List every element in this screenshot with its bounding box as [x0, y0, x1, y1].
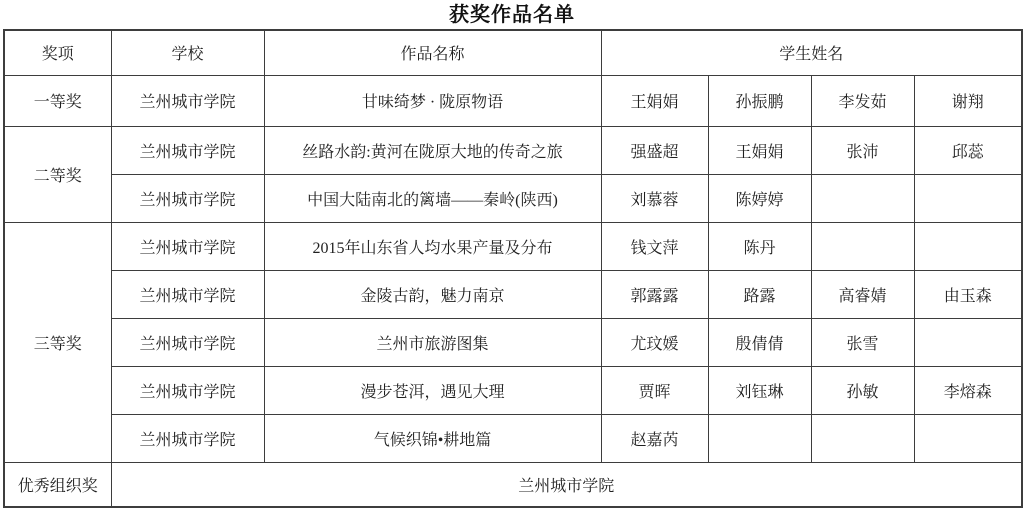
student-cell — [914, 414, 1022, 462]
student-cell: 孙敏 — [811, 366, 914, 414]
header-cell-school: 学校 — [111, 30, 264, 75]
table-row: 三等奖 兰州城市学院 2015年山东省人均水果产量及分布 钱文萍 陈丹 — [4, 222, 1022, 270]
student-cell: 李发茹 — [811, 75, 914, 126]
work-cell: 甘味绮梦 · 陇原物语 — [264, 75, 601, 126]
award-cell: 优秀组织奖 — [4, 462, 111, 507]
student-cell: 高睿婧 — [811, 270, 914, 318]
student-cell: 钱文萍 — [601, 222, 708, 270]
student-cell: 陈丹 — [708, 222, 811, 270]
organization-award-row: 优秀组织奖 兰州城市学院 — [4, 462, 1022, 507]
header-cell-students: 学生姓名 — [601, 30, 1022, 75]
student-cell: 陈婷婷 — [708, 174, 811, 222]
table-row: 兰州城市学院 金陵古韵，魅力南京 郭露露 路露 高睿婧 由玉森 — [4, 270, 1022, 318]
student-cell: 由玉森 — [914, 270, 1022, 318]
student-cell — [914, 174, 1022, 222]
table-row: 二等奖 兰州城市学院 丝路水韵:黄河在陇原大地的传奇之旅 强盛超 王娟娟 张沛 … — [4, 126, 1022, 174]
student-cell: 刘慕蓉 — [601, 174, 708, 222]
student-cell — [811, 174, 914, 222]
student-cell — [811, 414, 914, 462]
student-cell: 谢翔 — [914, 75, 1022, 126]
work-cell: 金陵古韵，魅力南京 — [264, 270, 601, 318]
award-cell: 一等奖 — [4, 75, 111, 126]
table-header-row: 奖项 学校 作品名称 学生姓名 — [4, 30, 1022, 75]
work-cell: 2015年山东省人均水果产量及分布 — [264, 222, 601, 270]
school-cell: 兰州城市学院 — [111, 318, 264, 366]
student-cell: 强盛超 — [601, 126, 708, 174]
table-row: 兰州城市学院 漫步苍洱，遇见大理 贾晖 刘钰琳 孙敏 李熔森 — [4, 366, 1022, 414]
school-cell: 兰州城市学院 — [111, 222, 264, 270]
student-cell: 刘钰琳 — [708, 366, 811, 414]
table-row: 兰州城市学院 中国大陆南北的篱墙——秦岭(陕西) 刘慕蓉 陈婷婷 — [4, 174, 1022, 222]
header-cell-award: 奖项 — [4, 30, 111, 75]
student-cell: 张雪 — [811, 318, 914, 366]
table-row: 兰州城市学院 气候织锦•耕地篇 赵嘉芮 — [4, 414, 1022, 462]
work-cell: 丝路水韵:黄河在陇原大地的传奇之旅 — [264, 126, 601, 174]
student-cell: 赵嘉芮 — [601, 414, 708, 462]
student-cell: 孙振鹏 — [708, 75, 811, 126]
award-cell: 二等奖 — [4, 126, 111, 222]
student-cell — [811, 222, 914, 270]
school-cell: 兰州城市学院 — [111, 366, 264, 414]
student-cell: 邱蕊 — [914, 126, 1022, 174]
table-row: 兰州城市学院 兰州市旅游图集 尤玟媛 殷倩倩 张雪 — [4, 318, 1022, 366]
work-cell: 中国大陆南北的篱墙——秦岭(陕西) — [264, 174, 601, 222]
student-cell: 贾晖 — [601, 366, 708, 414]
award-winners-table: 奖项 学校 作品名称 学生姓名 一等奖 兰州城市学院 甘味绮梦 · 陇原物语 王… — [3, 29, 1023, 508]
student-cell: 王娟娟 — [601, 75, 708, 126]
school-cell: 兰州城市学院 — [111, 270, 264, 318]
school-cell: 兰州城市学院 — [111, 174, 264, 222]
organization-winner-cell: 兰州城市学院 — [111, 462, 1022, 507]
student-cell: 路露 — [708, 270, 811, 318]
school-cell: 兰州城市学院 — [111, 414, 264, 462]
student-cell: 王娟娟 — [708, 126, 811, 174]
student-cell: 殷倩倩 — [708, 318, 811, 366]
work-cell: 气候织锦•耕地篇 — [264, 414, 601, 462]
student-cell: 尤玟媛 — [601, 318, 708, 366]
student-cell: 张沛 — [811, 126, 914, 174]
award-cell: 三等奖 — [4, 222, 111, 462]
student-cell — [708, 414, 811, 462]
page-title: 获奖作品名单 — [0, 0, 1024, 29]
school-cell: 兰州城市学院 — [111, 126, 264, 174]
header-cell-work: 作品名称 — [264, 30, 601, 75]
work-cell: 漫步苍洱，遇见大理 — [264, 366, 601, 414]
student-cell: 李熔森 — [914, 366, 1022, 414]
work-cell: 兰州市旅游图集 — [264, 318, 601, 366]
student-cell: 郭露露 — [601, 270, 708, 318]
student-cell — [914, 318, 1022, 366]
table-row: 一等奖 兰州城市学院 甘味绮梦 · 陇原物语 王娟娟 孙振鹏 李发茹 谢翔 — [4, 75, 1022, 126]
school-cell: 兰州城市学院 — [111, 75, 264, 126]
student-cell — [914, 222, 1022, 270]
